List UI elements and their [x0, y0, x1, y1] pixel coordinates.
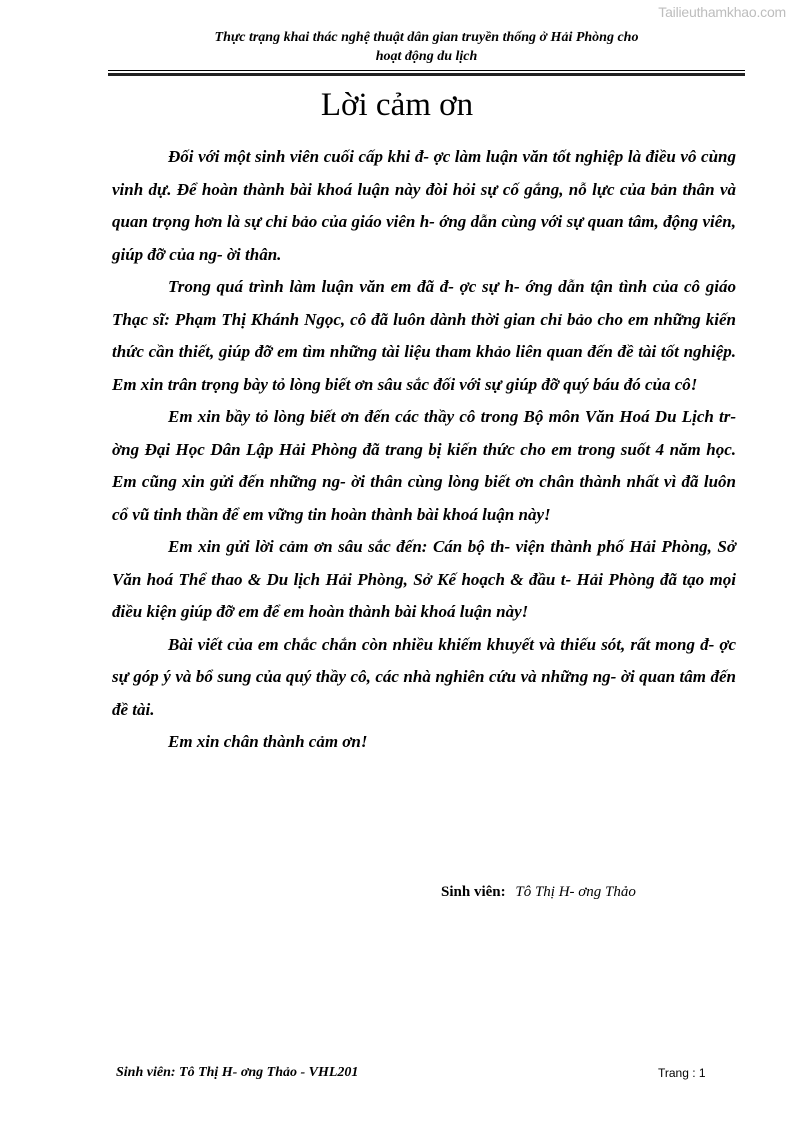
signature-name: Tô Thị H- ơng Thảo	[515, 884, 636, 900]
header-double-rule	[108, 70, 745, 76]
paragraph-3: Em xin bầy tỏ lòng biết ơn đến các thầy …	[112, 401, 736, 531]
footer-page-number: Trang : 1	[658, 1066, 706, 1080]
paragraph-4: Em xin gửi lời cảm ơn sâu sắc đến: Cán b…	[112, 531, 736, 629]
signature-label: Sinh viên:	[441, 884, 506, 900]
footer-author: Sinh viên: Tô Thị H- ơng Thảo - VHL201	[116, 1065, 358, 1081]
paragraph-2: Trong quá trình làm luận văn em đã đ- ợc…	[112, 271, 736, 401]
acknowledgement-body: Đối với một sinh viên cuối cấp khi đ- ợc…	[112, 141, 736, 759]
signature-block: Sinh viên: Tô Thị H- ơng Thảo	[441, 884, 636, 901]
running-header-line-2: hoạt động du lịch	[108, 47, 745, 66]
page-title: Lời cảm ơn	[0, 84, 794, 126]
paragraph-1: Đối với một sinh viên cuối cấp khi đ- ợc…	[112, 141, 736, 271]
closing-line: Em xin chân thành cảm ơn!	[112, 726, 736, 759]
header-rule-thin-line	[108, 70, 745, 71]
running-header: Thực trạng khai thác nghệ thuật dân gian…	[108, 28, 745, 66]
header-rule-thick-line	[108, 73, 745, 76]
paragraph-5: Bài viết của em chắc chắn còn nhiều khiế…	[112, 629, 736, 727]
running-header-line-1: Thực trạng khai thác nghệ thuật dân gian…	[108, 28, 745, 47]
watermark: Tailieuthamkhao.com	[658, 4, 786, 20]
